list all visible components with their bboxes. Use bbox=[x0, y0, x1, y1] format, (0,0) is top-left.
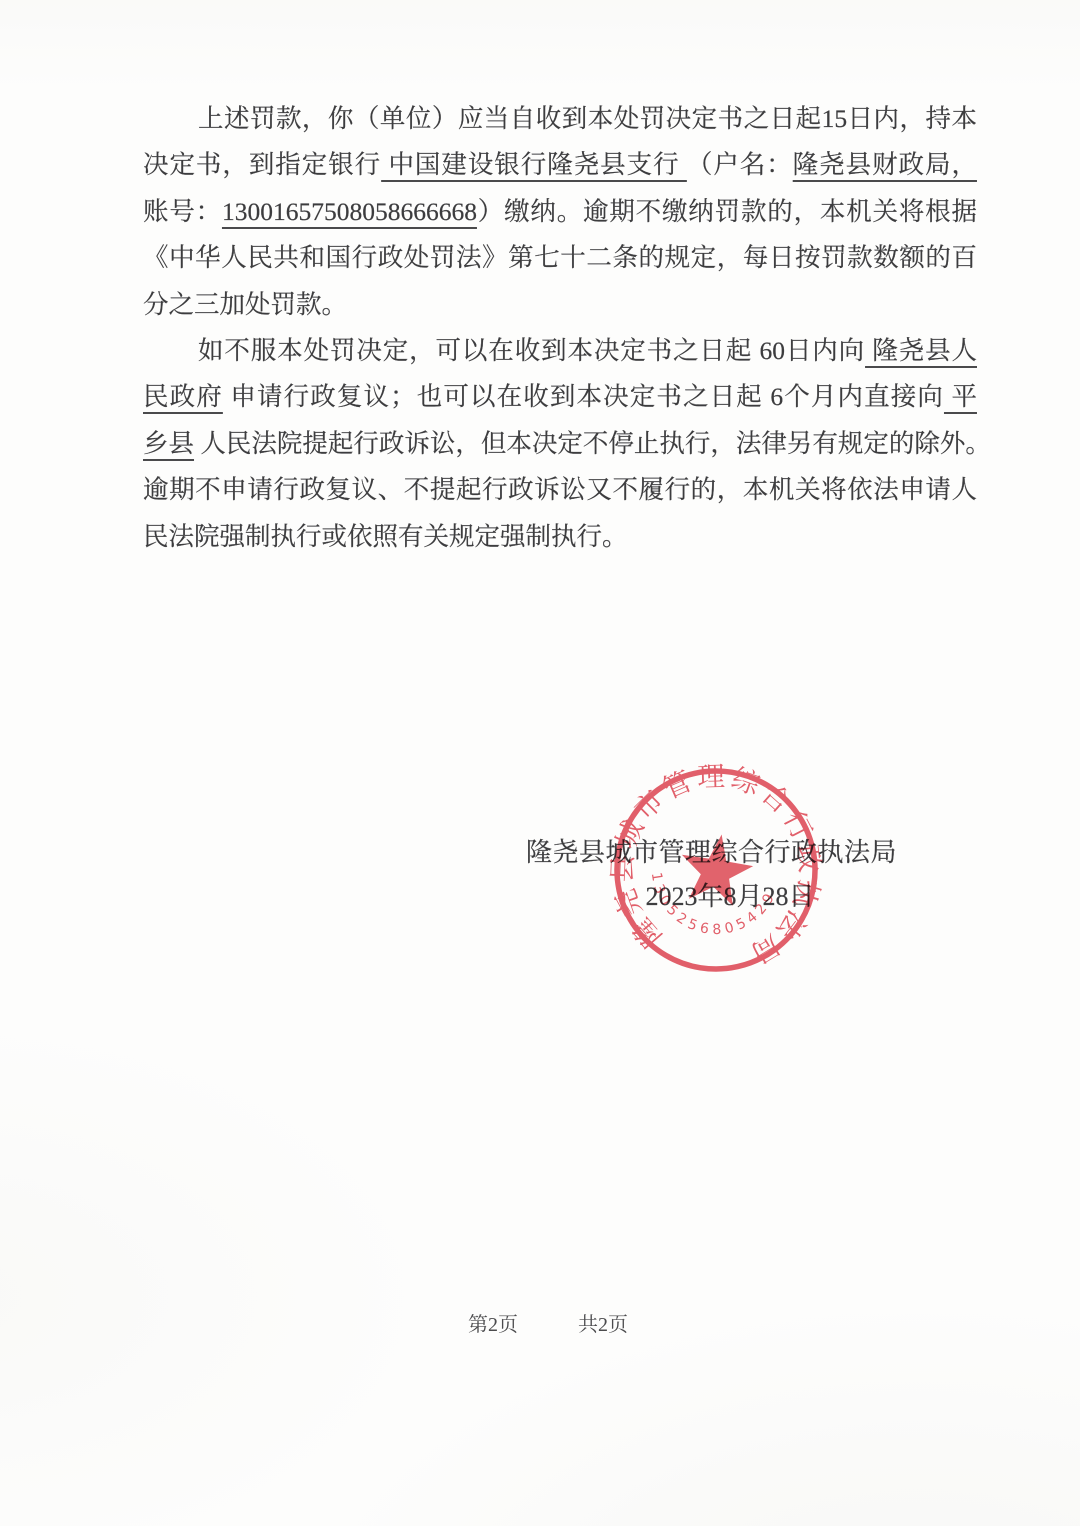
body-line-4: 《中华人民共和国行政处罚法》第七十二条的规定，每日按罚款数额的百 bbox=[143, 235, 977, 281]
page-number-total: 共2页 bbox=[578, 1308, 628, 1337]
text-run: 人民法院提起行政诉讼，但本决定不停止执行，法律另有规定的除外。 bbox=[194, 429, 991, 458]
court-name-fill-in: 平 bbox=[944, 382, 977, 411]
body-line-5: 分之三加处罚款。 bbox=[143, 282, 977, 328]
body-line-9: 逾期不申请行政复议、不提起行政诉讼又不履行的，本机关将依法申请人 bbox=[143, 467, 977, 513]
body-line-2: 决定书，到指定银行 中国建设银行隆尧县支行 （户名：隆尧县财政局， bbox=[143, 142, 977, 188]
body-line-10: 民法院强制执行或依照有关规定强制执行。 bbox=[143, 514, 977, 560]
bank-name-fill-in: 中国建设银行隆尧县支行 bbox=[381, 150, 687, 179]
text-run: 决定书，到指定银行 bbox=[143, 150, 381, 179]
issuing-authority-name: 隆尧县城市管理综合行政执法局 bbox=[526, 832, 897, 869]
review-authority-fill-in: 民政府 bbox=[143, 382, 223, 411]
text-run: （户名： bbox=[687, 150, 793, 179]
text-run: 如不服本处罚决定，可以在收到本决定书之日起 60日内向 bbox=[198, 336, 865, 365]
body-line-8: 乡县 人民法院提起行政诉讼，但本决定不停止执行，法律另有规定的除外。 bbox=[143, 421, 977, 467]
account-number-fill-in: 13001657508058666668 bbox=[222, 197, 477, 226]
official-seal-graphic: 隆尧县城市管理综合行政执法局 1305256805429 bbox=[567, 721, 864, 1018]
page-number-current: 第2页 bbox=[468, 1308, 518, 1337]
court-name-fill-in: 乡县 bbox=[143, 429, 194, 458]
text-run: ）缴纳。逾期不缴纳罚款的，本机关将根据 bbox=[477, 197, 977, 226]
body-line-3: 账号：13001657508058666668）缴纳。逾期不缴纳罚款的，本机关将… bbox=[143, 189, 977, 235]
review-authority-fill-in: 隆尧县人 bbox=[865, 336, 977, 365]
text-run: 民法院强制执行或依照有关规定强制执行。 bbox=[143, 522, 628, 551]
body-line-7: 民政府 申请行政复议；也可以在收到本决定书之日起 6个月内直接向 平 bbox=[143, 374, 977, 420]
document-body: 上述罚款，你（单位）应当自收到本处罚决定书之日起15日内，持本 决定书，到指定银… bbox=[143, 96, 977, 560]
seal-outer-ring bbox=[603, 757, 830, 984]
text-run: 账号： bbox=[143, 197, 222, 226]
official-seal: 隆尧县城市管理综合行政执法局 1305256805429 bbox=[567, 721, 864, 1018]
text-run: 逾期不申请行政复议、不提起行政诉讼又不履行的，本机关将依法申请人 bbox=[143, 475, 977, 504]
text-run: 《中华人民共和国行政处罚法》第七十二条的规定，每日按罚款数额的百 bbox=[143, 243, 977, 272]
account-holder-fill-in: 隆尧县财政局， bbox=[793, 150, 977, 179]
body-line-1: 上述罚款，你（单位）应当自收到本处罚决定书之日起15日内，持本 bbox=[143, 96, 977, 142]
decision-date: 2023年8月28日 bbox=[590, 876, 870, 913]
text-run: 分之三加处罚款。 bbox=[143, 290, 347, 319]
body-line-6: 如不服本处罚决定，可以在收到本决定书之日起 60日内向 隆尧县人 bbox=[143, 328, 977, 374]
text-run: 申请行政复议；也可以在收到本决定书之日起 6个月内直接向 bbox=[223, 382, 944, 411]
text-run: 上述罚款，你（单位）应当自收到本处罚决定书之日起15日内，持本 bbox=[198, 104, 977, 133]
